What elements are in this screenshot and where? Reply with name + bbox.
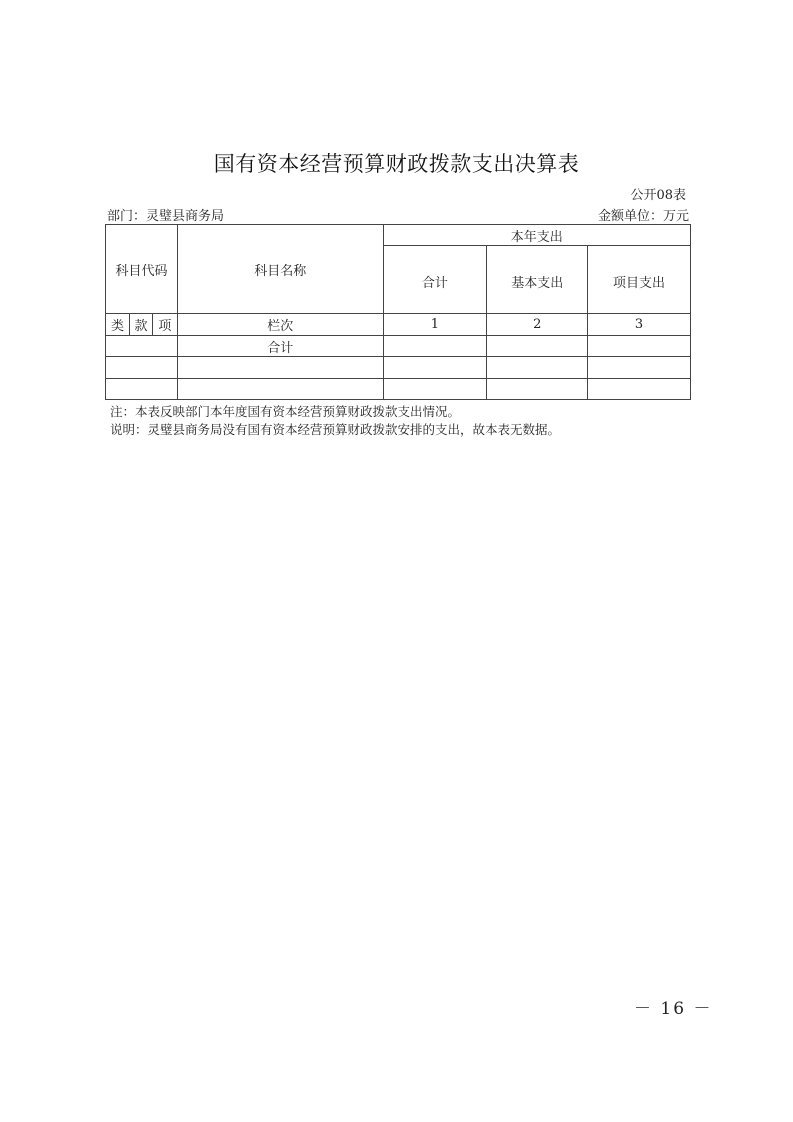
row-project <box>588 379 691 400</box>
document-title: 国有资本经营预算财政拨款支出决算表 <box>0 148 793 178</box>
index-col1: 1 <box>383 314 487 336</box>
table-row <box>106 357 691 379</box>
table-row: 合计 <box>106 336 691 357</box>
table-number: 公开08表 <box>630 184 686 203</box>
row-total <box>383 379 487 400</box>
department-label: 部门：灵璧县商务局 <box>107 205 224 224</box>
explanation-text: 说明：灵璧县商务局没有国有资本经营预算财政拨款安排的支出，故本表无数据。 <box>110 421 560 439</box>
row-name <box>177 357 383 379</box>
header-total: 合计 <box>383 246 487 314</box>
row-basic <box>487 336 588 357</box>
row-name <box>177 379 383 400</box>
header-basic-expense: 基本支出 <box>487 246 588 314</box>
header-subject-code: 科目代码 <box>106 225 178 314</box>
index-name: 栏次 <box>177 314 383 336</box>
header-subject-name: 科目名称 <box>177 225 383 314</box>
row-code <box>106 357 178 379</box>
note-text: 注：本表反映部门本年度国有资本经营预算财政拨款支出情况。 <box>110 403 560 421</box>
notes: 注：本表反映部门本年度国有资本经营预算财政拨款支出情况。 说明：灵璧县商务局没有… <box>110 403 560 439</box>
index-lei: 类 <box>106 314 130 336</box>
row-total <box>383 336 487 357</box>
row-name: 合计 <box>177 336 383 357</box>
row-basic <box>487 379 588 400</box>
page-number: － 16 － <box>634 994 712 1019</box>
unit-label: 金额单位：万元 <box>598 205 689 224</box>
index-col2: 2 <box>487 314 588 336</box>
header-project-expense: 项目支出 <box>588 246 691 314</box>
row-project <box>588 357 691 379</box>
row-project <box>588 336 691 357</box>
row-code <box>106 336 178 357</box>
row-basic <box>487 357 588 379</box>
expense-table: 科目代码 科目名称 本年支出 合计 基本支出 项目支出 类 款 项 栏次 1 2… <box>105 224 691 400</box>
index-col3: 3 <box>588 314 691 336</box>
header-current-year-expense: 本年支出 <box>383 225 691 246</box>
row-code <box>106 379 178 400</box>
index-row: 类 款 项 栏次 1 2 3 <box>106 314 691 336</box>
table-row <box>106 379 691 400</box>
row-total <box>383 357 487 379</box>
index-kuan: 款 <box>129 314 152 336</box>
index-xiang: 项 <box>152 314 177 336</box>
